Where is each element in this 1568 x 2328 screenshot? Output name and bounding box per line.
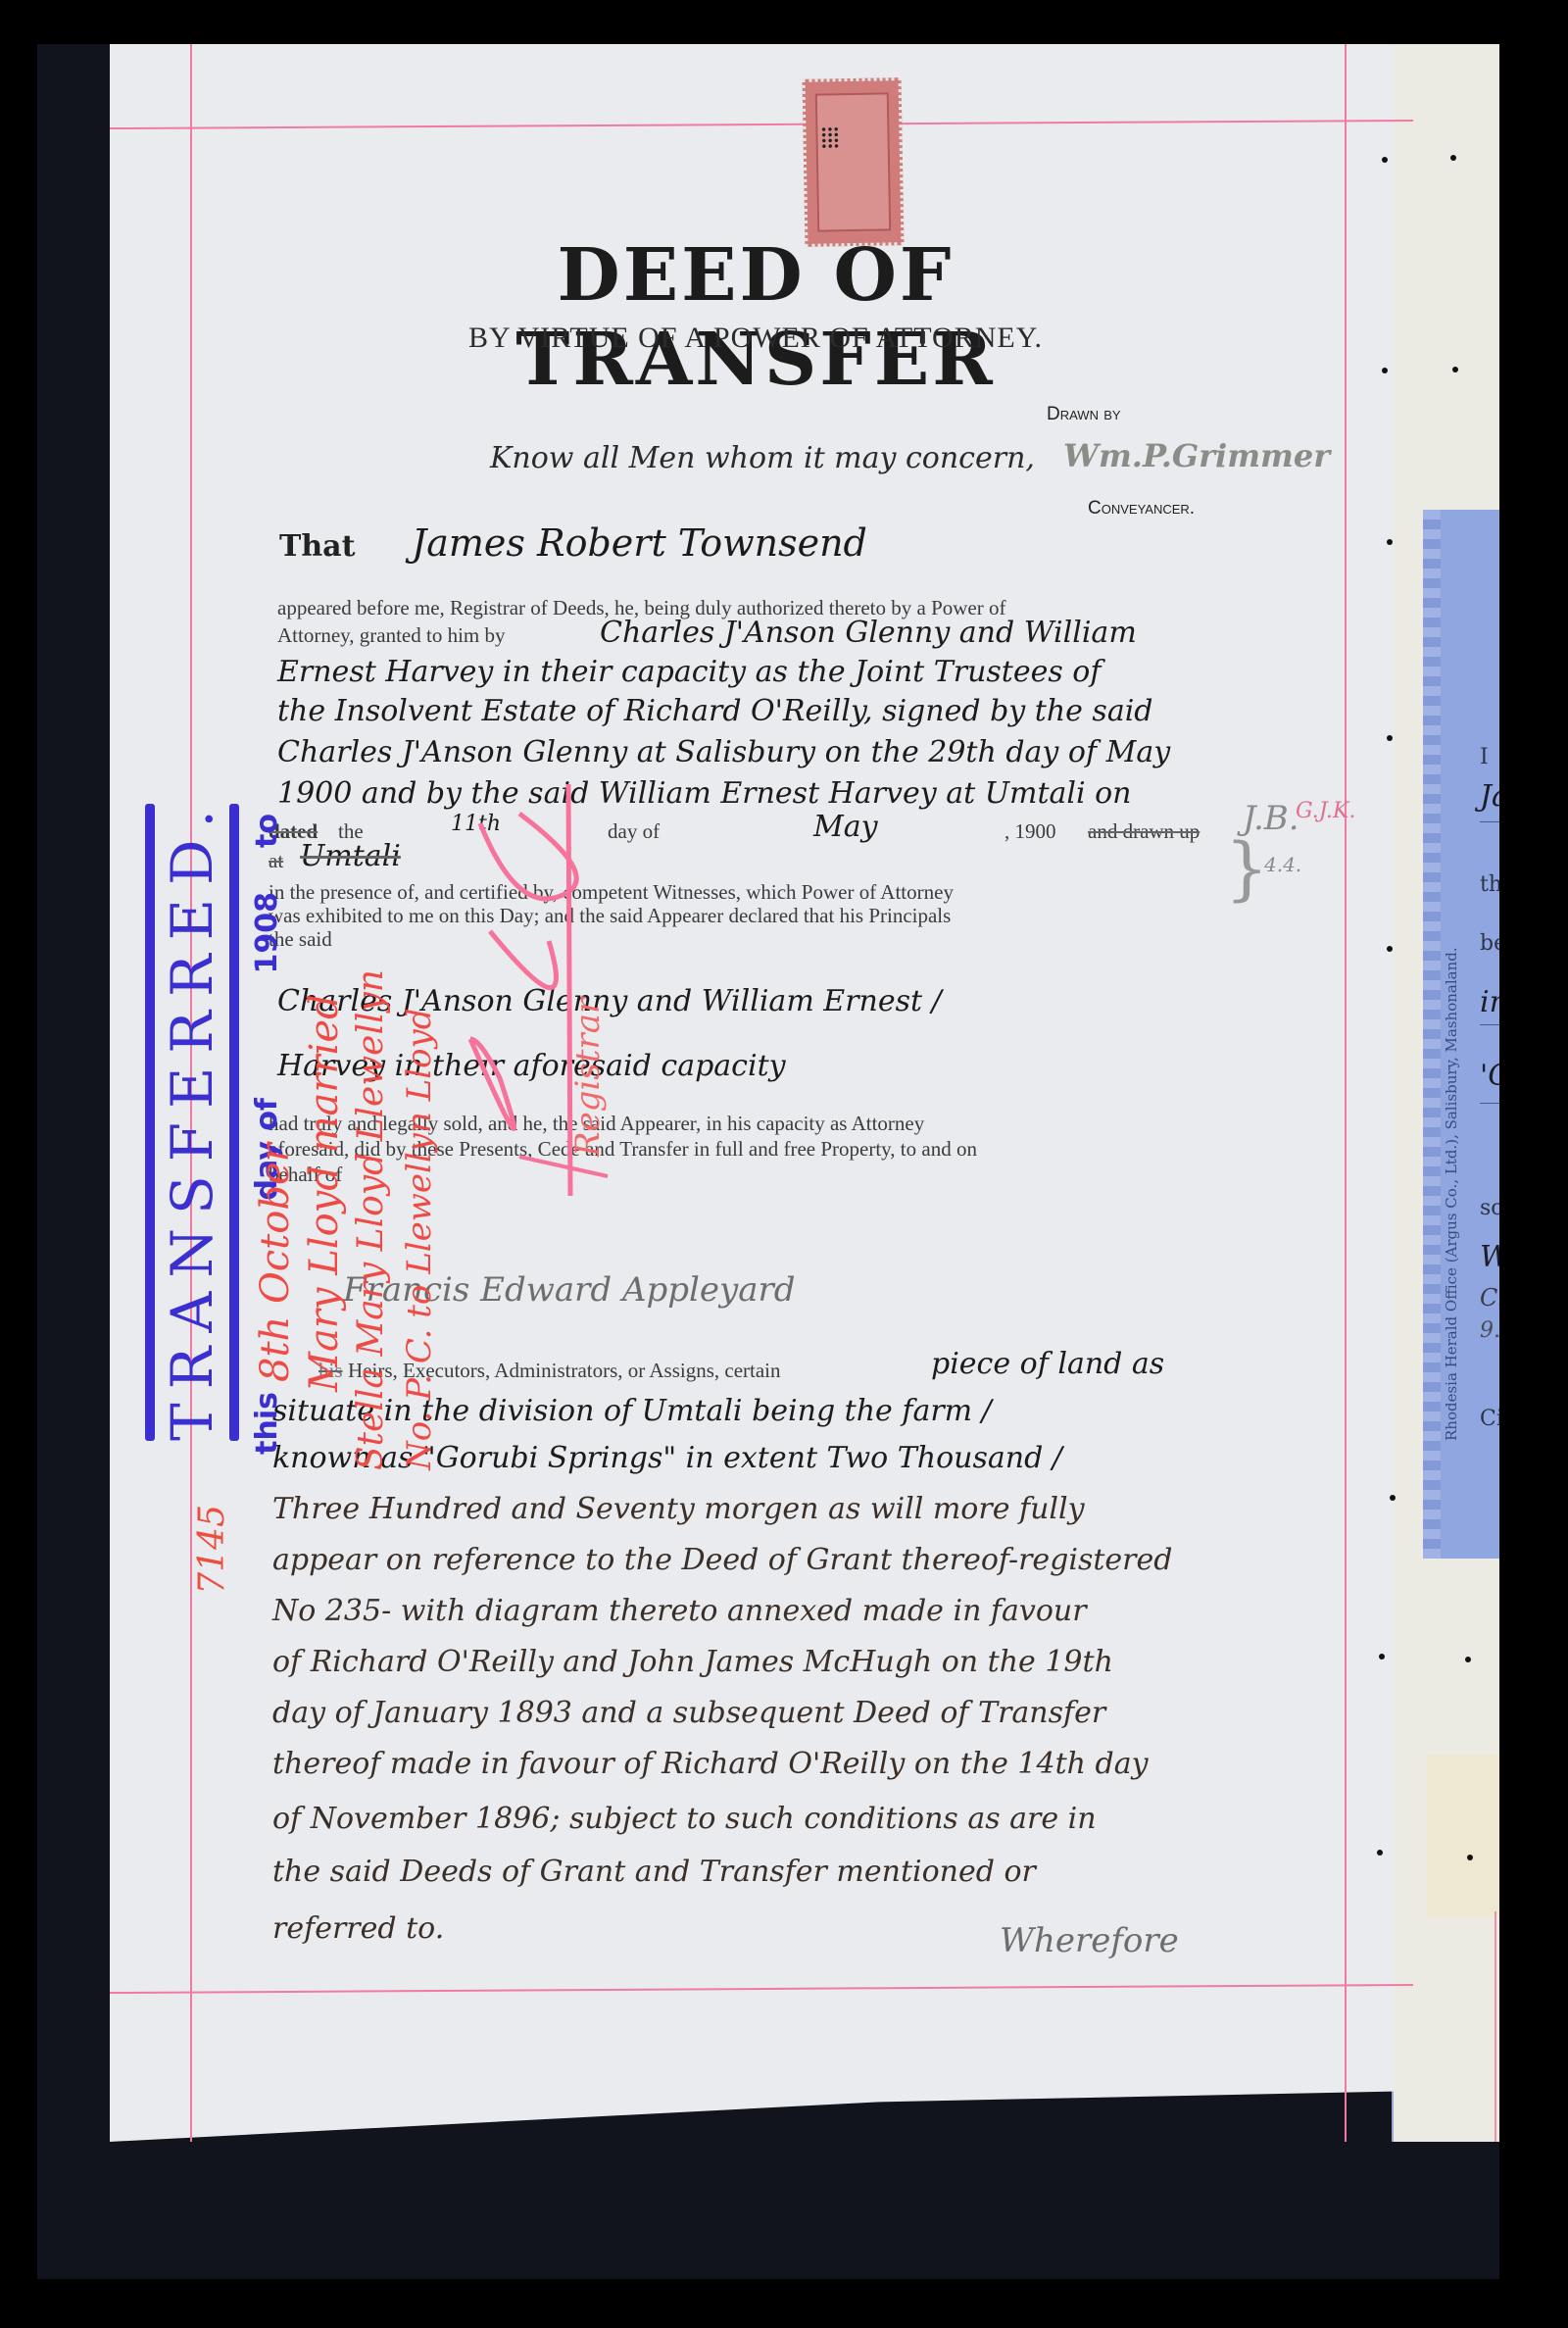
that-label: That	[279, 529, 355, 564]
stamp-to: to	[250, 814, 284, 848]
stamp-perforation: ⁞⁞⁞	[819, 121, 839, 155]
para1-line6: 1900 and by the said William Ernest Harv…	[277, 776, 1132, 811]
binding-hole	[1465, 1657, 1471, 1662]
slip-imprint: Rhodesia Herald Office (Argus Co., Ltd.)…	[1443, 755, 1462, 1441]
binding-hole	[1382, 368, 1388, 373]
slip-hand: 'Go	[1480, 1059, 1499, 1093]
slip-hand: W.E.	[1480, 1240, 1499, 1274]
para4-line1-hand: piece of land as	[931, 1347, 1164, 1381]
dated-year: , 1900	[1004, 819, 1056, 844]
para4-line: of Richard O'Reilly and John James McHug…	[272, 1645, 1113, 1679]
margin-initials-date: 4.4.	[1264, 853, 1301, 876]
para1-line2-hand: Charles J'Anson Glenny and William	[600, 616, 1137, 650]
transferred-stamp: TRANSFERRED.	[145, 804, 243, 1441]
binding-hole	[1377, 1850, 1383, 1856]
binding-hole	[1390, 1495, 1396, 1501]
wherefore: Wherefore	[1000, 1921, 1179, 1960]
document-title: DEED OF TRANSFER	[310, 233, 1201, 402]
brace: }	[1225, 828, 1269, 909]
right-margin-rule	[1345, 44, 1347, 2142]
slip-text: this C	[1480, 872, 1499, 897]
transferred-text: TRANSFERRED.	[163, 804, 221, 1441]
attached-blue-slip: Rhodesia Herald Office (Argus Co., Ltd.)…	[1423, 510, 1499, 1559]
slip-text: sold	[1480, 1196, 1499, 1220]
para4-line: No 235- with diagram thereto annexed mad…	[272, 1594, 1087, 1628]
para1-line4: the Insolvent Estate of Richard O'Reilly…	[277, 694, 1153, 728]
margin-number: 7145	[192, 1505, 232, 1595]
red-endorsement-line2: Mary Lloyd married	[302, 823, 347, 1392]
registrar-signature-scrawl	[461, 784, 657, 1196]
slip-rule	[1480, 1024, 1499, 1025]
conveyancer-label: Conveyancer.	[1088, 498, 1195, 520]
para4-line: appear on reference to the Deed of Grant…	[272, 1543, 1172, 1577]
slip-perforated-edge	[1423, 510, 1441, 1559]
revenue-stamp: ⁞⁞⁞	[803, 77, 905, 247]
red-endorsement-line3: Stella Mary Lloyd Llewellyn	[351, 784, 391, 1470]
appearer-name: James Robert Townsend	[412, 521, 867, 565]
para1-line3: Ernest Harvey in their capacity as the J…	[277, 655, 1101, 689]
para1-line2-print: Attorney, granted to him by	[277, 623, 506, 648]
black-border	[1499, 44, 1568, 2328]
binding-hole	[1467, 1855, 1473, 1860]
slip-hand: in	[1480, 985, 1499, 1019]
binding-hole	[1387, 735, 1393, 741]
binding-hole	[1382, 157, 1388, 163]
margin-initials-pink: G.J.K.	[1296, 799, 1355, 823]
back-sheet-rule	[1494, 1911, 1496, 2142]
slip-text: I	[1480, 745, 1489, 769]
slip-text: Civil	[1480, 1407, 1499, 1431]
slip-text: being	[1480, 931, 1499, 956]
registrar-label: Registrar	[568, 921, 608, 1157]
para1-line5: Charles J'Anson Glenny at Salisbury on t…	[277, 735, 1170, 769]
stamp-bar-left	[145, 804, 155, 1441]
para4-line: referred to.	[272, 1911, 444, 1946]
drawn-up-struck: and drawn up	[1088, 819, 1200, 844]
cream-paper-tab	[1427, 1755, 1499, 1916]
margin-initials: J.B.	[1243, 799, 1299, 838]
red-endorsement-line4: No. P. C. to Llewellyn Lloyd	[400, 843, 439, 1470]
slip-hand: C.J.G	[1480, 1284, 1499, 1312]
para4-line: thereof made in favour of Richard O'Reil…	[272, 1747, 1149, 1781]
binding-hole	[1450, 155, 1456, 161]
para4-line: Three Hundred and Seventy morgen as will…	[272, 1492, 1085, 1526]
slip-hand: 9.A.4.	[1480, 1318, 1499, 1343]
slip-rule	[1480, 1103, 1499, 1104]
know-all-preamble: Know all Men whom it may concern,	[490, 441, 1035, 475]
document-subtitle: BY VIRTUE OF A POWER OF ATTORNEY.	[310, 322, 1201, 355]
stamp-frame	[815, 92, 891, 231]
binding-hole	[1452, 367, 1458, 372]
slip-rule	[1480, 821, 1499, 822]
para4-line: the said Deeds of Grant and Transfer men…	[272, 1855, 1036, 1889]
drawn-by-label: Drawn by	[1047, 404, 1121, 425]
conveyancer-signature: Wm.P.Grimmer	[1063, 437, 1330, 474]
binding-hole	[1387, 946, 1393, 952]
para4-line: day of January 1893 and a subsequent Dee…	[272, 1696, 1105, 1730]
stamp-this: this	[250, 1392, 284, 1455]
dated-month: May	[813, 810, 878, 844]
binding-hole	[1379, 1654, 1385, 1659]
binding-hole	[1387, 539, 1393, 545]
slip-hand: Ja	[1480, 779, 1499, 814]
para4-line: of November 1896; subject to such condit…	[272, 1802, 1097, 1836]
stamp-bar-right	[229, 804, 239, 1441]
red-endorsement-line1: 8th October	[253, 902, 298, 1382]
